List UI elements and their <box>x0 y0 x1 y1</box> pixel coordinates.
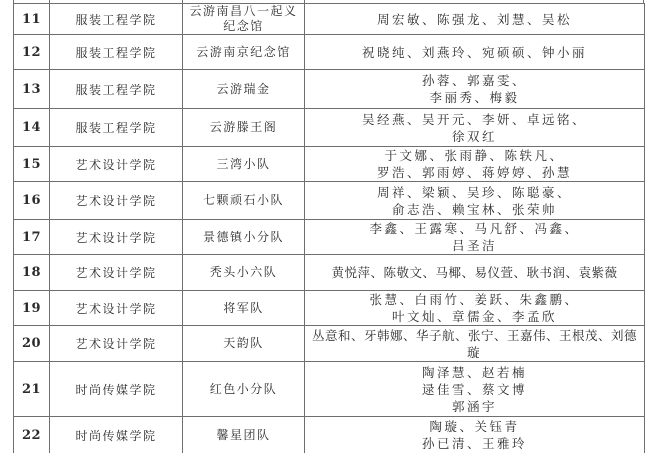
member-line: 俞志浩、赖宝林、张荣帅 <box>305 201 644 218</box>
cell-members: 周祥、梁颖、吴珍、陈聪豪、俞志浩、赖宝林、张荣帅 <box>305 182 645 220</box>
cell-college: 时尚传媒学院 <box>50 362 183 417</box>
cell-members: 张慧、白雨竹、姜跃、朱鑫鹏、叶文灿、章儒金、李孟欣 <box>305 291 645 326</box>
table-row: 19 艺术设计学院 将军队 张慧、白雨竹、姜跃、朱鑫鹏、叶文灿、章儒金、李孟欣 <box>14 291 645 326</box>
cell-team-name: 红色小分队 <box>183 362 305 417</box>
cell-team-name: 云游南京纪念馆 <box>183 35 305 70</box>
table-row: 17 艺术设计学院 景德镇小分队 李鑫、王露寒、马凡舒、冯鑫、吕圣洁 <box>14 220 645 255</box>
cell-team-name: 秃头小六队 <box>183 255 305 291</box>
table-row: 22 时尚传媒学院 馨星团队 陶璇、关钰青孙已清、王雅玲 <box>14 417 645 453</box>
cell-college: 艺术设计学院 <box>50 182 183 220</box>
cell-row-number: 19 <box>14 291 50 326</box>
cell-members: 于文娜、张雨静、陈轶凡、罗浩、郭雨婷、蒋婷婷、孙慧 <box>305 147 645 182</box>
cell-college: 艺术设计学院 <box>50 147 183 182</box>
cell-college: 艺术设计学院 <box>50 326 183 362</box>
cell-team-name: 馨星团队 <box>183 417 305 453</box>
cell-row-number: 11 <box>14 4 50 35</box>
cell-row-number: 20 <box>14 326 50 362</box>
member-line: 逯佳雪、蔡文博 <box>305 381 644 398</box>
cell-row-number: 17 <box>14 220 50 255</box>
member-line: 张慧、白雨竹、姜跃、朱鑫鹏、 <box>305 291 644 308</box>
cell-members: 孙蓉、郭嘉雯、李丽秀、梅毅 <box>305 70 645 109</box>
table-row: 12 服装工程学院 云游南京纪念馆 祝晓纯、刘燕玲、宛硕硕、钟小丽 <box>14 35 645 70</box>
member-line: 孙蓉、郭嘉雯、 <box>305 72 644 89</box>
cell-members: 吴经燕、吴开元、李妍、卓远铭、徐双红 <box>305 109 645 147</box>
member-line: 陶泽慧、赵若楠 <box>305 364 644 381</box>
cell-members: 祝晓纯、刘燕玲、宛硕硕、钟小丽 <box>305 35 645 70</box>
member-line: 李丽秀、梅毅 <box>305 89 644 106</box>
cell-row-number: 14 <box>14 109 50 147</box>
table-row: 14 服装工程学院 云游滕王阁 吴经燕、吴开元、李妍、卓远铭、徐双红 <box>14 109 645 147</box>
member-line: 叶文灿、章儒金、李孟欣 <box>305 308 644 325</box>
table-row: 18 艺术设计学院 秃头小六队 黄悦萍、陈敬文、马椰、易仪萱、耿书润、袁紫薇 <box>14 255 645 291</box>
cell-members: 周宏敏、陈强龙、刘慧、吴松 <box>305 4 645 35</box>
cell-college: 服装工程学院 <box>50 35 183 70</box>
cell-college: 艺术设计学院 <box>50 220 183 255</box>
member-line: 陶璇、关钰青 <box>305 418 644 435</box>
member-line: 周宏敏、陈强龙、刘慧、吴松 <box>305 11 644 28</box>
cell-members: 黄悦萍、陈敬文、马椰、易仪萱、耿书润、袁紫薇 <box>305 255 645 291</box>
teams-table: 11 服装工程学院 云游南昌八一起义 纪念馆 周宏敏、陈强龙、刘慧、吴松 12 … <box>13 3 645 453</box>
table-body: 11 服装工程学院 云游南昌八一起义 纪念馆 周宏敏、陈强龙、刘慧、吴松 12 … <box>14 4 645 453</box>
cell-team-name: 七颗顽石小队 <box>183 182 305 220</box>
cell-row-number: 16 <box>14 182 50 220</box>
table-row: 21 时尚传媒学院 红色小分队 陶泽慧、赵若楠逯佳雪、蔡文博郭涵宇 <box>14 362 645 417</box>
cell-team-name: 将军队 <box>183 291 305 326</box>
cell-team-name: 三湾小队 <box>183 147 305 182</box>
cell-row-number: 15 <box>14 147 50 182</box>
cell-college: 时尚传媒学院 <box>50 417 183 453</box>
member-line: 周祥、梁颖、吴珍、陈聪豪、 <box>305 184 644 201</box>
table-row: 16 艺术设计学院 七颗顽石小队 周祥、梁颖、吴珍、陈聪豪、俞志浩、赖宝林、张荣… <box>14 182 645 220</box>
cell-row-number: 12 <box>14 35 50 70</box>
cell-college: 服装工程学院 <box>50 4 183 35</box>
cell-members: 陶璇、关钰青孙已清、王雅玲 <box>305 417 645 453</box>
cell-members: 李鑫、王露寒、马凡舒、冯鑫、吕圣洁 <box>305 220 645 255</box>
table-row: 13 服装工程学院 云游瑞金 孙蓉、郭嘉雯、李丽秀、梅毅 <box>14 70 645 109</box>
member-line: 吴经燕、吴开元、李妍、卓远铭、 <box>305 111 644 128</box>
table-row: 11 服装工程学院 云游南昌八一起义 纪念馆 周宏敏、陈强龙、刘慧、吴松 <box>14 4 645 35</box>
cell-members: 丛意和、牙韩娜、华子航、张宁、王嘉伟、王根茂、刘德璇 <box>305 326 645 362</box>
table-row: 15 艺术设计学院 三湾小队 于文娜、张雨静、陈轶凡、罗浩、郭雨婷、蒋婷婷、孙慧 <box>14 147 645 182</box>
member-line: 璇 <box>305 344 644 361</box>
cell-team-name: 云游滕王阁 <box>183 109 305 147</box>
cell-team-name: 景德镇小分队 <box>183 220 305 255</box>
cell-team-name: 天韵队 <box>183 326 305 362</box>
cell-college: 服装工程学院 <box>50 109 183 147</box>
cell-members: 陶泽慧、赵若楠逯佳雪、蔡文博郭涵宇 <box>305 362 645 417</box>
member-line: 徐双红 <box>305 128 644 145</box>
cell-row-number: 13 <box>14 70 50 109</box>
cell-team-name: 云游瑞金 <box>183 70 305 109</box>
member-line: 郭涵宇 <box>305 398 644 415</box>
cell-row-number: 22 <box>14 417 50 453</box>
cell-row-number: 18 <box>14 255 50 291</box>
member-line: 祝晓纯、刘燕玲、宛硕硕、钟小丽 <box>305 44 644 61</box>
member-line: 孙已清、王雅玲 <box>305 435 644 452</box>
table-row: 20 艺术设计学院 天韵队 丛意和、牙韩娜、华子航、张宁、王嘉伟、王根茂、刘德璇 <box>14 326 645 362</box>
cell-college: 艺术设计学院 <box>50 255 183 291</box>
member-line: 吕圣洁 <box>305 237 644 254</box>
member-line: 于文娜、张雨静、陈轶凡、 <box>305 147 644 164</box>
member-line: 罗浩、郭雨婷、蒋婷婷、孙慧 <box>305 164 644 181</box>
member-line: 丛意和、牙韩娜、华子航、张宁、王嘉伟、王根茂、刘德 <box>305 327 644 344</box>
cell-row-number: 21 <box>14 362 50 417</box>
cell-college: 服装工程学院 <box>50 70 183 109</box>
member-line: 李鑫、王露寒、马凡舒、冯鑫、 <box>305 220 644 237</box>
cell-college: 艺术设计学院 <box>50 291 183 326</box>
cell-team-name: 云游南昌八一起义 纪念馆 <box>183 4 305 35</box>
member-line: 黄悦萍、陈敬文、马椰、易仪萱、耿书润、袁紫薇 <box>305 264 644 281</box>
